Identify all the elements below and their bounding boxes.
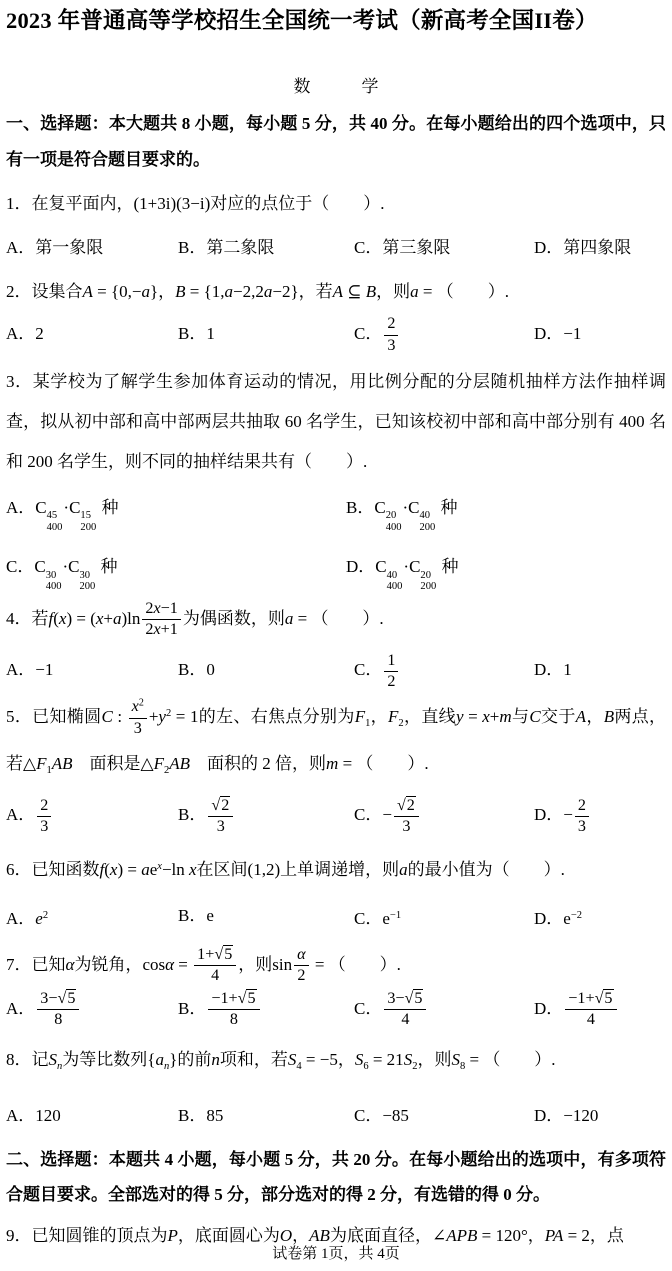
question-4-stem: 4．若f(x) = (x+a)ln2x−12x+1为偶函数，则a = （ ）. xyxy=(6,599,666,641)
question-1-options: A．第一象限 B．第二象限 C．第三象限 D．第四象限 xyxy=(6,228,666,268)
question-5-option-d: D．−23 xyxy=(534,795,666,837)
question-3-option-a: A．C45400·C15200 种 xyxy=(6,488,346,533)
question-2-option-b: B．1 xyxy=(178,314,354,356)
question-3-option-c: C．C30400·C30200 种 xyxy=(6,547,346,592)
question-6: 6．已知函数f(x) = aex−ln x在区间(1,2)上单调递增，则a的最小… xyxy=(6,847,666,939)
question-7-option-d: D．−1+√54 xyxy=(534,989,666,1031)
question-2-option-c: C．23 xyxy=(354,314,534,356)
question-1-option-a: A．第一象限 xyxy=(6,228,178,268)
question-8-option-d: D．−120 xyxy=(534,1096,666,1136)
question-5-option-b: B．√23 xyxy=(178,795,354,837)
exam-page: 2023 年普通高等学校招生全国统一考试（新高考全国II卷） 数 学 一、选择题… xyxy=(0,0,672,1256)
question-4: 4．若f(x) = (x+a)ln2x−12x+1为偶函数，则a = （ ）. … xyxy=(6,599,666,693)
question-5-options: A．23 B．√23 C．−√23 D．−23 xyxy=(6,795,666,837)
page-title: 2023 年普通高等学校招生全国统一考试（新高考全国II卷） xyxy=(6,6,666,36)
question-3-option-d: D．C40400·C20200 种 xyxy=(346,547,666,592)
question-6-option-b: B．e xyxy=(178,896,354,939)
question-7-stem: 7．已知α为锐角，cosα = 1+√54，则sinα2 = （ ）. xyxy=(6,945,666,987)
page-footer: 试卷第 1页，共 4页 xyxy=(0,1245,672,1263)
question-3-options: A．C45400·C15200 种 B．C20400·C40200 种 C．C3… xyxy=(6,488,666,593)
question-1-option-d: D．第四象限 xyxy=(534,228,666,268)
section-1-heading: 一、选择题：本大题共 8 小题，每小题 5 分，共 40 分。在每小题给出的四个… xyxy=(6,106,666,178)
question-3: 3．某学校为了解学生参加体育运动的情况，用比例分配的分层随机抽样方法作抽样调查，… xyxy=(6,362,666,593)
question-2-option-d: D．−1 xyxy=(534,314,666,356)
subject-title: 数 学 xyxy=(6,76,666,98)
section-2-heading: 二、选择题：本题共 4 小题，每小题 5 分，共 20 分。在每小题给出的选项中… xyxy=(6,1142,666,1212)
question-3-stem: 3．某学校为了解学生参加体育运动的情况，用比例分配的分层随机抽样方法作抽样调查，… xyxy=(6,362,666,482)
question-6-options: A．e2 B．e C．e−1 D．e−2 xyxy=(6,896,666,939)
question-8-stem: 8．记Sn为等比数列{an}的前n项和，若S4 = −5，S6 = 21S2，则… xyxy=(6,1040,666,1087)
question-4-option-c: C．12 xyxy=(354,650,534,692)
question-8: 8．记Sn为等比数列{an}的前n项和，若S4 = −5，S6 = 21S2，则… xyxy=(6,1040,666,1135)
question-2-option-a: A．2 xyxy=(6,314,178,356)
question-1-option-c: C．第三象限 xyxy=(354,228,534,268)
question-5: 5．已知椭圆C : x23+y2 = 1的左、右焦点分别为F1，F2，直线y =… xyxy=(6,694,666,837)
question-1-stem: 1．在复平面内，(1+3i)(3−i)对应的点位于（ ）. xyxy=(6,184,666,224)
question-7-option-b: B．−1+√58 xyxy=(178,989,354,1031)
question-6-option-a: A．e2 xyxy=(6,896,178,939)
question-2: 2．设集合A = {0,−a}，B = {1,a−2,2a−2}，若A ⊆ B，… xyxy=(6,272,666,356)
question-6-option-c: C．e−1 xyxy=(354,896,534,939)
question-7-option-a: A．3−√58 xyxy=(6,989,178,1031)
question-4-option-b: B．0 xyxy=(178,650,354,692)
question-8-options: A．120 B．85 C．−85 D．−120 xyxy=(6,1096,666,1136)
question-6-option-d: D．e−2 xyxy=(534,896,666,939)
question-2-options: A．2 B．1 C．23 D．−1 xyxy=(6,314,666,356)
question-4-options: A．−1 B．0 C．12 D．1 xyxy=(6,650,666,692)
question-5-stem: 5．已知椭圆C : x23+y2 = 1的左、右焦点分别为F1，F2，直线y =… xyxy=(6,694,666,791)
question-1-option-b: B．第二象限 xyxy=(178,228,354,268)
question-4-option-a: A．−1 xyxy=(6,650,178,692)
question-2-stem: 2．设集合A = {0,−a}，B = {1,a−2,2a−2}，若A ⊆ B，… xyxy=(6,272,666,312)
question-5-option-c: C．−√23 xyxy=(354,795,534,837)
question-8-option-c: C．−85 xyxy=(354,1096,534,1136)
question-8-option-a: A．120 xyxy=(6,1096,178,1136)
question-8-option-b: B．85 xyxy=(178,1096,354,1136)
question-3-option-b: B．C20400·C40200 种 xyxy=(346,488,666,533)
question-1: 1．在复平面内，(1+3i)(3−i)对应的点位于（ ）. A．第一象限 B．第… xyxy=(6,184,666,268)
question-6-stem: 6．已知函数f(x) = aex−ln x在区间(1,2)上单调递增，则a的最小… xyxy=(6,847,666,890)
question-7-option-c: C．3−√54 xyxy=(354,989,534,1031)
question-5-option-a: A．23 xyxy=(6,795,178,837)
question-7: 7．已知α为锐角，cosα = 1+√54，则sinα2 = （ ）. A．3−… xyxy=(6,945,666,1031)
question-4-option-d: D．1 xyxy=(534,650,666,692)
question-7-options: A．3−√58 B．−1+√58 C．3−√54 D．−1+√54 xyxy=(6,989,666,1031)
